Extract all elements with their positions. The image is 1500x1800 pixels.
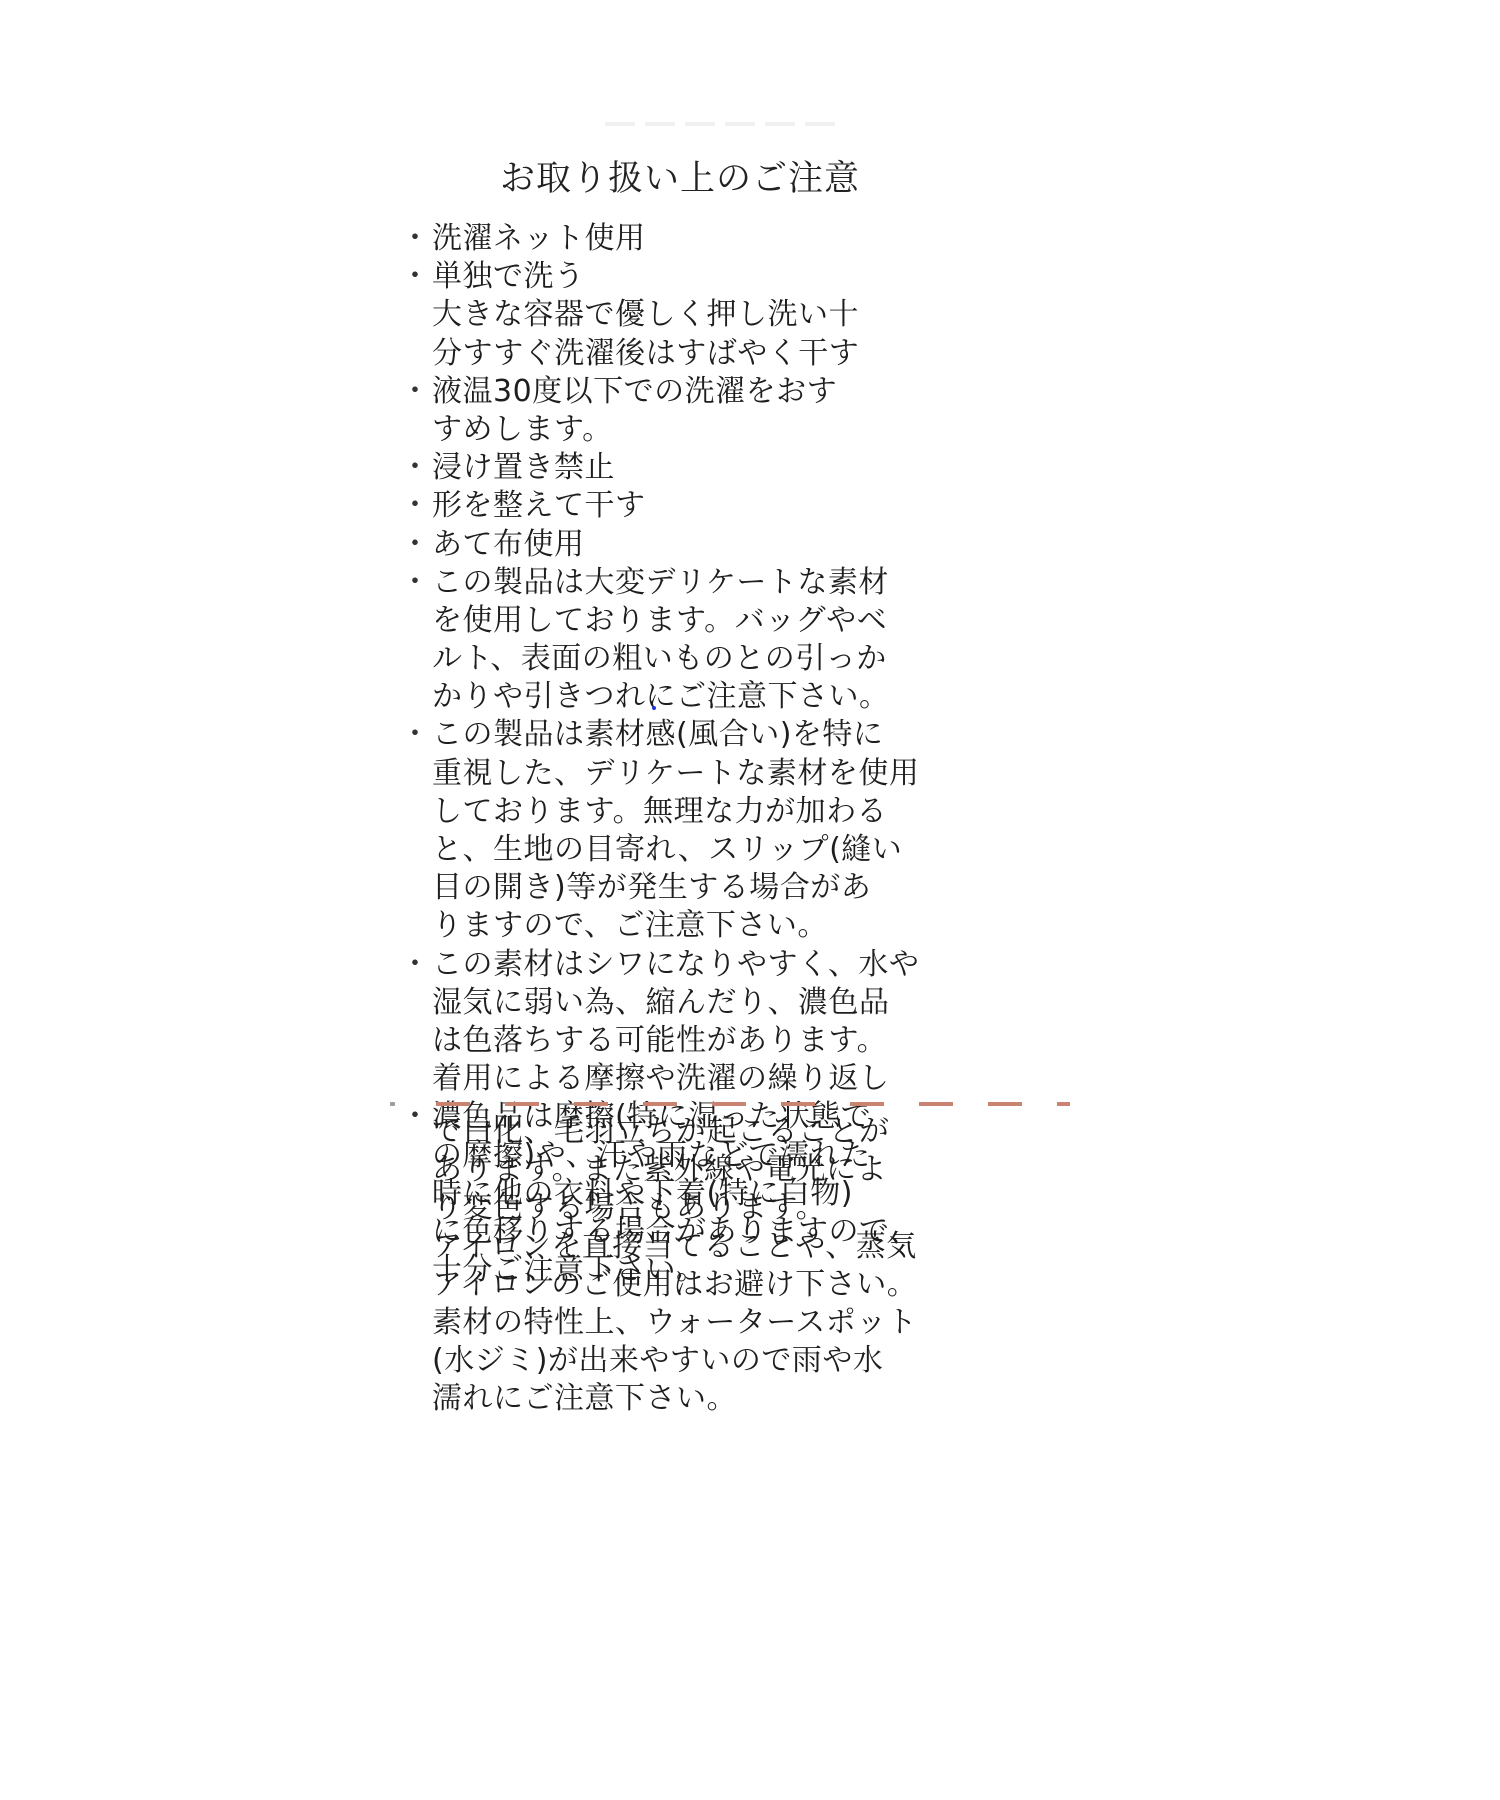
care-note-text: 湿気に弱い為、縮んだり、濃色品 (432, 985, 890, 1020)
cut-line-dot (390, 1102, 395, 1106)
dashed-separator (436, 1102, 1070, 1106)
care-note-text: 洗濯ネット使用 (432, 221, 646, 256)
care-note-text: 素材の特性上、ウォータースポット (432, 1305, 917, 1340)
bullet-icon: ・ (400, 564, 432, 602)
care-note-line: ・この素材はシワになりやすく、水や (400, 946, 919, 984)
bullet-icon: ・ (400, 258, 432, 296)
bullet-icon: ・ (400, 449, 432, 487)
care-note-line: しております。無理な力が加わる (400, 793, 919, 831)
care-note-line: あります。また紫外線や電光によ (400, 1151, 917, 1189)
care-note-text: 形を整えて干す (432, 488, 646, 523)
care-note-line: 濡れにご注意下さい。 (400, 1380, 917, 1418)
care-note-item: ・形を整えて干す (400, 487, 919, 525)
care-note-text: あて布使用 (432, 527, 585, 562)
care-note-line: 目の開き)等が発生する場合があ (400, 869, 919, 907)
bullet-icon: ・ (400, 487, 432, 525)
care-note-item: ・液温30度以下での洗濯をおすすめします。 (400, 373, 919, 449)
cut-line-divider (390, 1102, 1070, 1106)
care-note-line: ・あて布使用 (400, 526, 919, 564)
care-note-line: 重視した、デリケートな素材を使用 (400, 755, 919, 793)
bullet-icon: ・ (400, 373, 432, 411)
care-note-line: かりや引きつれにご注意下さい。 (400, 678, 919, 716)
care-note-line: 大きな容器で優しく押し洗い十 (400, 296, 919, 334)
care-note-text: この素材はシワになりやすく、水や (432, 947, 919, 982)
care-note-line: ・形を整えて干す (400, 487, 919, 525)
care-note-text: 液温30度以下での洗濯をおす (432, 374, 837, 409)
care-note-text: 浸け置き禁止 (432, 450, 615, 485)
care-note-line: ・単独で洗う (400, 258, 919, 296)
care-note-text: ルト、表面の粗いものとの引っか (432, 641, 887, 676)
care-note-text: 分すすぐ洗濯後はすばやく干す (432, 336, 859, 371)
care-note-line: ルト、表面の粗いものとの引っか (400, 640, 919, 678)
care-note-text: すめします。 (432, 412, 613, 447)
care-note-line: と、生地の目寄れ、スリップ(縫い (400, 831, 919, 869)
care-note-line: 素材の特性上、ウォータースポット (400, 1304, 917, 1342)
care-note-text: 濡れにご注意下さい。 (432, 1381, 737, 1416)
care-note-item: で白化、毛羽立ちが起こることがあります。また紫外線や電光により変色する場合もあり… (400, 1113, 917, 1419)
care-note-text: この製品は大変デリケートな素材 (432, 565, 889, 600)
care-note-text: あります。また紫外線や電光によ (432, 1152, 887, 1187)
faint-header-artifact (605, 122, 835, 126)
care-note-text: り変色する場合もあります。 (432, 1190, 826, 1225)
care-note-line: アイロンを直接当てることや、蒸気 (400, 1228, 917, 1266)
care-note-text: 単独で洗う (432, 259, 585, 294)
care-note-item: ・浸け置き禁止 (400, 449, 919, 487)
care-note-item: ・洗濯ネット使用 (400, 220, 919, 258)
care-note-line: ・この製品は大変デリケートな素材 (400, 564, 919, 602)
care-note-text: 大きな容器で優しく押し洗い十 (432, 297, 859, 332)
care-note-text: 着用による摩擦や洗濯の繰り返し (432, 1061, 890, 1096)
care-note-text: と、生地の目寄れ、スリップ(縫い (432, 832, 902, 867)
care-note-text: アイロンを直接当てることや、蒸気 (432, 1229, 917, 1264)
care-note-line: 湿気に弱い為、縮んだり、濃色品 (400, 984, 919, 1022)
care-note-text: で白化、毛羽立ちが起こることが (432, 1114, 890, 1149)
care-note-text: 重視した、デリケートな素材を使用 (432, 756, 919, 791)
care-note-text: 目の開き)等が発生する場合があ (432, 870, 871, 905)
page-title: お取り扱い上のご注意 (500, 150, 940, 208)
care-note-text: しております。無理な力が加わる (432, 794, 887, 829)
care-note-line: アイロンのご使用はお避け下さい。 (400, 1266, 917, 1304)
care-note-line: 着用による摩擦や洗濯の繰り返し (400, 1060, 919, 1098)
care-note-text: アイロンのご使用はお避け下さい。 (432, 1267, 917, 1302)
care-note-text: この製品は素材感(風合い)を特に (432, 717, 883, 752)
care-note-line: 分すすぐ洗濯後はすばやく干す (400, 335, 919, 373)
bullet-icon: ・ (400, 220, 432, 258)
care-note-line: ・この製品は素材感(風合い)を特に (400, 716, 919, 754)
care-note-line: ・液温30度以下での洗濯をおす (400, 373, 919, 411)
care-note-item: ・単独で洗う大きな容器で優しく押し洗い十分すすぐ洗濯後はすばやく干す (400, 258, 919, 373)
care-note-line: りますので、ご注意下さい。 (400, 907, 919, 945)
care-note-line: り変色する場合もあります。 (400, 1189, 917, 1227)
bullet-icon: ・ (400, 526, 432, 564)
care-note-item: ・この製品は大変デリケートな素材を使用しております。バッグやベルト、表面の粗いも… (400, 564, 919, 717)
care-note-line: ・浸け置き禁止 (400, 449, 919, 487)
care-note-item: ・この製品は素材感(風合い)を特に重視した、デリケートな素材を使用しております。… (400, 716, 919, 945)
care-note-item: ・この素材はシワになりやすく、水や湿気に弱い為、縮んだり、濃色品は色落ちする可能… (400, 946, 919, 1099)
stray-blue-dot (652, 706, 656, 710)
care-note-line: は色落ちする可能性があります。 (400, 1022, 919, 1060)
care-note-item: ・あて布使用 (400, 526, 919, 564)
care-note-text: (水ジミ)が出来やすいので雨や水 (432, 1343, 883, 1378)
care-note-line: を使用しております。バッグやベ (400, 602, 919, 640)
care-note-line: すめします。 (400, 411, 919, 449)
care-note-text: りますので、ご注意下さい。 (432, 908, 828, 943)
care-note-line: で白化、毛羽立ちが起こることが (400, 1113, 917, 1151)
bullet-icon: ・ (400, 716, 432, 754)
care-note-text: を使用しております。バッグやベ (432, 603, 887, 638)
care-notes-list-continued: で白化、毛羽立ちが起こることがあります。また紫外線や電光により変色する場合もあり… (400, 1113, 917, 1419)
care-note-line: ・洗濯ネット使用 (400, 220, 919, 258)
care-note-line: (水ジミ)が出来やすいので雨や水 (400, 1342, 917, 1380)
care-note-text: は色落ちする可能性があります。 (432, 1023, 887, 1058)
care-note-text: かりや引きつれにご注意下さい。 (432, 679, 890, 714)
bullet-icon: ・ (400, 946, 432, 984)
